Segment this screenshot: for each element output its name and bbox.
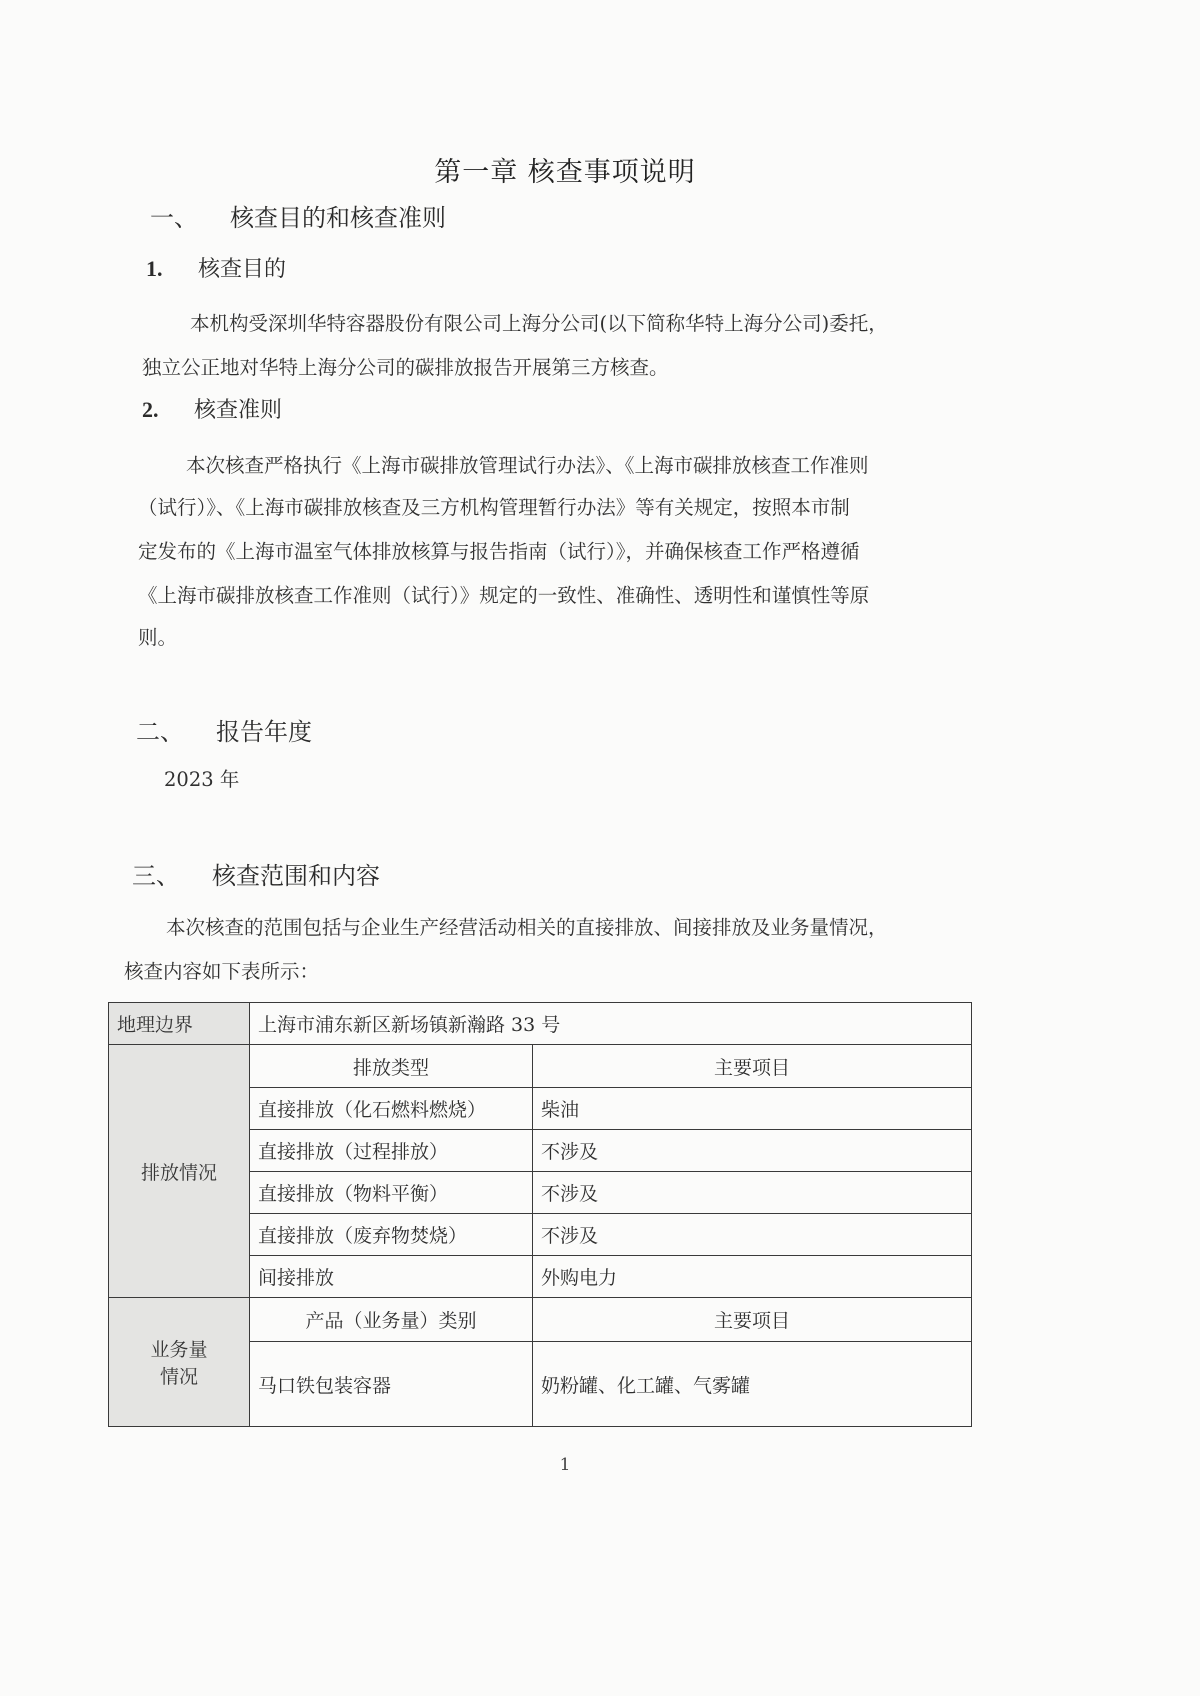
business-volume-label: 业务量 情况 bbox=[109, 1298, 250, 1427]
section-2-heading: 二、报告年度 bbox=[136, 712, 312, 747]
business-header-item: 主要项目 bbox=[533, 1298, 972, 1342]
table-row: 业务量 情况 产品（业务量）类别 主要项目 bbox=[109, 1298, 972, 1342]
scope-paragraph-line-2: 核查内容如下表所示： bbox=[124, 956, 319, 984]
business-category-cell: 马口铁包装容器 bbox=[250, 1342, 533, 1427]
report-year: 2023 年 bbox=[164, 764, 239, 792]
purpose-paragraph-line-2: 独立公正地对华特上海分公司的碳排放报告开展第三方核查。 bbox=[142, 352, 669, 380]
criteria-paragraph-line-2: （试行）》、《上海市碳排放核查及三方机构管理暂行办法》等有关规定，按照本市制 bbox=[138, 492, 850, 520]
business-volume-label-line-1: 业务量 bbox=[117, 1335, 241, 1362]
criteria-paragraph-line-1: 本次核查严格执行《上海市碳排放管理试行办法》、《上海市碳排放核查工作准则 bbox=[186, 450, 869, 478]
document-page: 第一章 核查事项说明 一、核查目的和核查准则 1.核查目的 本机构受深圳华特容器… bbox=[0, 0, 1200, 1696]
section-2-number: 二、 bbox=[136, 712, 216, 747]
section-2-title: 报告年度 bbox=[216, 718, 312, 746]
emission-type-cell: 直接排放（物料平衡） bbox=[250, 1172, 533, 1214]
page-number: 1 bbox=[0, 1455, 1130, 1475]
emission-item-cell: 不涉及 bbox=[533, 1172, 972, 1214]
emission-type-cell: 直接排放（化石燃料燃烧） bbox=[250, 1088, 533, 1130]
section-3-number: 三、 bbox=[132, 856, 212, 891]
emission-item-cell: 柴油 bbox=[533, 1088, 972, 1130]
section-1-heading: 一、核查目的和核查准则 bbox=[150, 198, 446, 233]
emission-item-cell: 外购电力 bbox=[533, 1256, 972, 1298]
section-3-heading: 三、核查范围和内容 bbox=[132, 856, 380, 891]
emissions-header-item: 主要项目 bbox=[533, 1045, 972, 1088]
emission-type-cell: 直接排放（过程排放） bbox=[250, 1130, 533, 1172]
emission-item-cell: 不涉及 bbox=[533, 1130, 972, 1172]
emissions-header-type: 排放类型 bbox=[250, 1045, 533, 1088]
criteria-paragraph-line-3: 定发布的《上海市温室气体排放核算与报告指南（试行）》，并确保核查工作严格遵循 bbox=[138, 536, 860, 564]
geo-boundary-label: 地理边界 bbox=[109, 1003, 250, 1045]
scope-paragraph-line-1: 本次核查的范围包括与企业生产经营活动相关的直接排放、间接排放及业务量情况， bbox=[166, 912, 888, 940]
section-3-title: 核查范围和内容 bbox=[212, 862, 380, 890]
subsection-1-number: 1. bbox=[146, 256, 198, 282]
criteria-paragraph-line-5: 则。 bbox=[138, 622, 177, 650]
emission-type-cell: 直接排放（废弃物焚烧） bbox=[250, 1214, 533, 1256]
chapter-title: 第一章 核查事项说明 bbox=[0, 150, 1130, 189]
criteria-paragraph-line-4: 《上海市碳排放核查工作准则（试行）》规定的一致性、准确性、透明性和谨慎性等原 bbox=[138, 580, 869, 608]
emission-type-cell: 间接排放 bbox=[250, 1256, 533, 1298]
subsection-2-title: 核查准则 bbox=[194, 398, 282, 423]
subsection-1-title: 核查目的 bbox=[198, 257, 286, 282]
purpose-paragraph-line-1: 本机构受深圳华特容器股份有限公司上海分公司(以下简称华特上海分公司)委托， bbox=[190, 308, 888, 336]
subsection-2-heading: 2.核查准则 bbox=[142, 393, 282, 424]
table-row: 地理边界 上海市浦东新区新场镇新瀚路 33 号 bbox=[109, 1003, 972, 1045]
scope-table: 地理边界 上海市浦东新区新场镇新瀚路 33 号 排放情况 排放类型 主要项目 直… bbox=[108, 1002, 972, 1427]
subsection-1-heading: 1.核查目的 bbox=[146, 252, 286, 283]
table-row: 排放情况 排放类型 主要项目 bbox=[109, 1045, 972, 1088]
business-volume-label-line-2: 情况 bbox=[117, 1362, 241, 1389]
subsection-2-number: 2. bbox=[142, 397, 194, 423]
business-header-category: 产品（业务量）类别 bbox=[250, 1298, 533, 1342]
section-1-number: 一、 bbox=[150, 198, 230, 233]
business-item-cell: 奶粉罐、化工罐、气雾罐 bbox=[533, 1342, 972, 1427]
section-1-title: 核查目的和核查准则 bbox=[230, 204, 446, 232]
geo-boundary-value: 上海市浦东新区新场镇新瀚路 33 号 bbox=[250, 1003, 972, 1045]
emissions-label: 排放情况 bbox=[109, 1045, 250, 1298]
emission-item-cell: 不涉及 bbox=[533, 1214, 972, 1256]
